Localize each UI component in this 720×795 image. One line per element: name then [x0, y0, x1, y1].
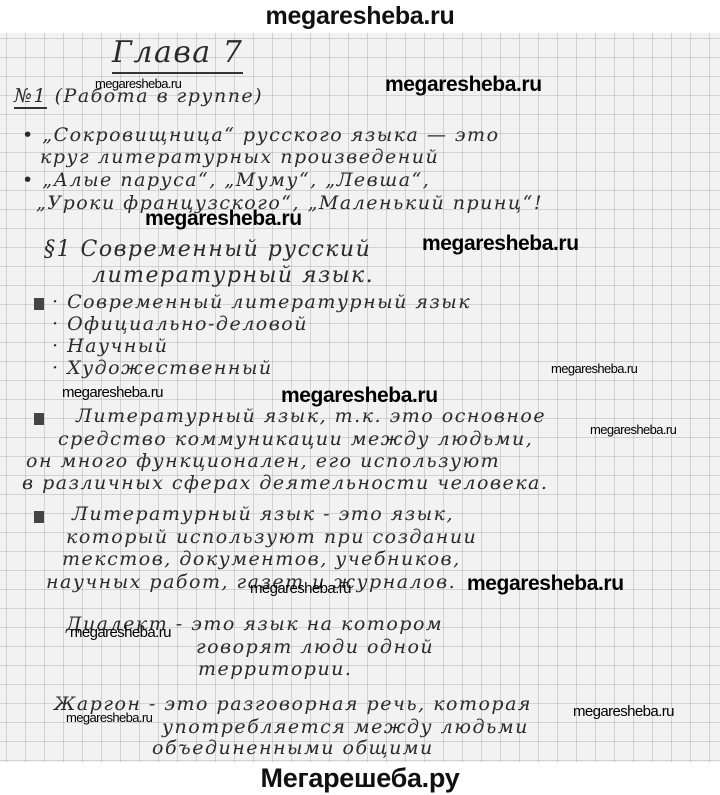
intro-line: круг литературных произведений [40, 146, 439, 168]
site-footer: Мегарешеба.ру [0, 762, 720, 795]
paragraph1-line: он много функционален, его используют [26, 450, 500, 472]
watermark: megaresheba.ru [145, 207, 302, 231]
jargon-line: употребляется между людьми [162, 716, 529, 738]
style-item: · Художественный [52, 357, 273, 379]
watermark: megaresheba.ru [467, 572, 624, 596]
watermark: megaresheba.ru [95, 76, 181, 91]
jargon-line: объединенными общими [152, 737, 434, 759]
paragraph-marker [34, 511, 44, 523]
style-item: · Научный [52, 335, 169, 357]
task-number: №1 [14, 85, 47, 109]
watermark: megaresheba.ru [281, 384, 438, 408]
watermark: megaresheba.ru [66, 710, 152, 725]
intro-line: • „Алые паруса“, „Муму“, „Левша“, [22, 169, 430, 191]
bullet-marker [34, 298, 44, 310]
watermark: megaresheba.ru [551, 361, 637, 376]
watermark: megaresheba.ru [62, 384, 163, 401]
watermark: megaresheba.ru [573, 703, 674, 720]
watermark: megaresheba.ru [385, 73, 542, 97]
watermark: megaresheba.ru [422, 232, 579, 256]
dialect-line: территории. [198, 658, 352, 680]
paragraph-marker [34, 413, 44, 425]
section-heading: §1 Современный русский [44, 237, 371, 262]
intro-line: • „Сокровищница“ русского языка — это [22, 124, 500, 146]
style-item: · Официально-деловой [52, 313, 308, 335]
paragraph2-line: который используют при создании [66, 526, 477, 548]
paragraph1-line: средство коммуникации между людьми, [58, 428, 533, 450]
section-title-line1: Современный русский [81, 237, 372, 262]
paragraph2-line: Литературный язык - это язык, [72, 503, 454, 525]
chapter-title: Глава 7 [112, 35, 243, 74]
watermark: megaresheba.ru [250, 580, 351, 597]
watermark: megaresheba.ru [590, 422, 676, 437]
style-item: · Современный литературный язык [52, 291, 471, 313]
paragraph2-line: текстов, документов, учебников, [62, 548, 461, 570]
section-number: §1 [44, 237, 72, 262]
paragraph1-line: в различных сферах деятельности человека… [22, 472, 548, 494]
section-title-line2: литературный язык. [92, 263, 374, 288]
dialect-line: говорят люди одной [196, 636, 434, 658]
paragraph1-line: Литературный язык, т.к. это основное [76, 405, 546, 427]
site-header: megaresheba.ru [0, 0, 720, 33]
watermark: megaresheba.ru [70, 624, 171, 641]
